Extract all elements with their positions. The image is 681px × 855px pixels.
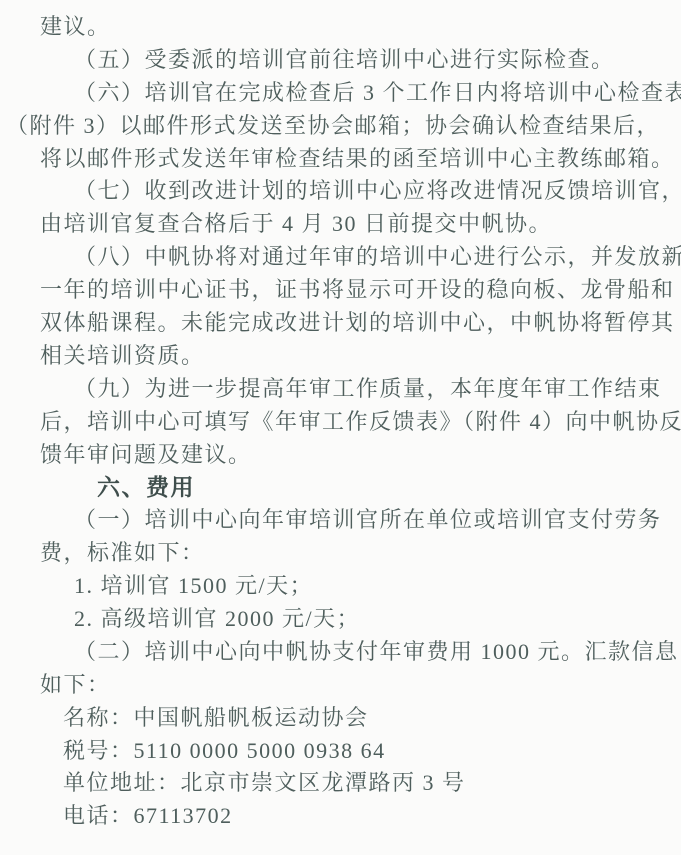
- doc-line: （八）中帆协将对通过年审的培训中心进行公示，并发放新: [40, 241, 671, 274]
- doc-line: 一年的培训中心证书，证书将显示可开设的稳向板、龙骨船和: [40, 274, 671, 307]
- doc-line: （九）为进一步提高年审工作质量，本年度年审工作结束: [40, 373, 671, 406]
- doc-line: （附件 3）以邮件形式发送至协会邮箱；协会确认检查结果后，: [6, 110, 671, 143]
- doc-line: （六）培训官在完成检查后 3 个工作日内将培训中心检查表: [40, 77, 671, 110]
- fee-item-trainer: 1. 培训官 1500 元/天；: [40, 570, 671, 603]
- remittance-tax-id: 税号：5110 0000 5000 0938 64: [40, 735, 671, 768]
- scanned-document-page: 建议。 （五）受委派的培训官前往培训中心进行实际检查。 （六）培训官在完成检查后…: [0, 0, 681, 855]
- remittance-name: 名称：中国帆船帆板运动协会: [40, 702, 671, 735]
- doc-line: 如下：: [40, 669, 671, 702]
- doc-line: 馈年审问题及建议。: [40, 439, 671, 472]
- section-heading-fees: 六、费用: [40, 471, 671, 504]
- doc-line: 由培训官复查合格后于 4 月 30 日前提交中帆协。: [40, 208, 671, 241]
- doc-line: （一）培训中心向年审培训官所在单位或培训官支付劳务: [40, 504, 671, 537]
- doc-line: 相关培训资质。: [40, 340, 671, 373]
- remittance-address: 单位地址：北京市崇文区龙潭路丙 3 号: [40, 767, 671, 800]
- doc-line: 将以邮件形式发送年审检查结果的函至培训中心主教练邮箱。: [40, 143, 671, 176]
- doc-line: 费，标准如下：: [40, 537, 671, 570]
- fee-item-senior-trainer: 2. 高级培训官 2000 元/天；: [40, 603, 671, 636]
- remittance-phone: 电话：67113702: [40, 800, 671, 833]
- doc-line: 后，培训中心可填写《年审工作反馈表》（附件 4）向中帆协反: [40, 406, 671, 439]
- doc-line: （五）受委派的培训官前往培训中心进行实际检查。: [40, 44, 671, 77]
- doc-line: 建议。: [40, 11, 671, 44]
- doc-line: （二）培训中心向中帆协支付年审费用 1000 元。汇款信息: [40, 636, 671, 669]
- doc-line: 双体船课程。未能完成改进计划的培训中心，中帆协将暂停其: [40, 307, 671, 340]
- doc-line: （七）收到改进计划的培训中心应将改进情况反馈培训官，: [40, 175, 671, 208]
